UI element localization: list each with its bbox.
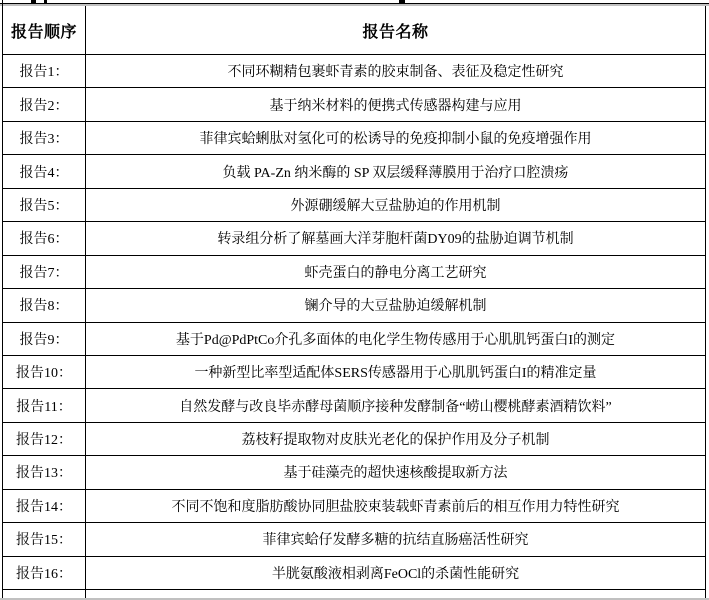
report-order-cell: 报告10： — [3, 356, 86, 388]
report-title-cell: 基于Pd@PdPtCo介孔多面体的电化学生物传感用于心肌肌钙蛋白I的测定 — [86, 323, 705, 355]
report-title-cell: 虾壳蛋白的静电分离工艺研究 — [86, 256, 705, 288]
table-row: 报告9： 基于Pd@PdPtCo介孔多面体的电化学生物传感用于心肌肌钙蛋白I的测… — [3, 323, 705, 356]
report-order-cell: 报告1： — [3, 55, 86, 87]
report-order-cell: 报告14： — [3, 490, 86, 522]
report-order-cell: 报告15： — [3, 523, 86, 555]
table-row: 报告6： 转录组分析了解墓画大洋芽胞杆菌DY09的盐胁迫调节机制 — [3, 222, 705, 255]
table-row: 报告13： 基于硅藻壳的超快速核酸提取新方法 — [3, 456, 705, 489]
report-title-cell: 基于纳米材料的便携式传感器构建与应用 — [86, 88, 705, 120]
report-title-cell: 不同环糊精包裹虾青素的胶束制备、表征及稳定性研究 — [86, 55, 705, 87]
table-row: 报告10： 一种新型比率型适配体SERS传感器用于心肌肌钙蛋白I的精准定量 — [3, 356, 705, 389]
report-title-cell: 负载 PA-Zn 纳米酶的 SP 双层缓释薄膜用于治疗口腔溃疡 — [86, 155, 705, 187]
report-title-cell: 基于硅藻壳的超快速核酸提取新方法 — [86, 456, 705, 488]
document-page: 报告顺序 报告名称 报告1： 不同环糊精包裹虾青素的胶束制备、表征及稳定性研究 … — [0, 0, 709, 600]
report-title-cell: 菲律宾蛤蜊肽对氢化可的松诱导的免疫抑制小鼠的免疫增强作用 — [86, 122, 705, 154]
table-header-row: 报告顺序 报告名称 — [3, 6, 705, 55]
table-row: 报告7： 虾壳蛋白的静电分离工艺研究 — [3, 256, 705, 289]
table-row: 报告16： 半胱氨酸液相剥离FeOCl的杀菌性能研究 — [3, 557, 705, 590]
report-table: 报告顺序 报告名称 报告1： 不同环糊精包裹虾青素的胶束制备、表征及稳定性研究 … — [3, 6, 706, 600]
column-header-order: 报告顺序 — [3, 6, 86, 54]
report-order-cell: 报告4： — [3, 155, 86, 187]
report-title-cell: 不同不饱和度脂肪酸协同胆盐胶束装载虾青素前后的相互作用力特性研究 — [86, 490, 705, 522]
report-title-cell: 镧介导的大豆盐胁迫缓解机制 — [86, 289, 705, 321]
report-order-cell: 报告3： — [3, 122, 86, 154]
table-row: 报告15： 菲律宾蛤仔发酵多糖的抗结直肠癌活性研究 — [3, 523, 705, 556]
report-order-cell: 报告12： — [3, 423, 86, 455]
table-row: 报告2： 基于纳米材料的便携式传感器构建与应用 — [3, 88, 705, 121]
report-order-cell: 报告16： — [3, 557, 86, 589]
report-order-cell: 报告8： — [3, 289, 86, 321]
report-order-cell: 报告6： — [3, 222, 86, 254]
report-order-cell: 报告13： — [3, 456, 86, 488]
report-title-cell: 菲律宾蛤仔发酵多糖的抗结直肠癌活性研究 — [86, 523, 705, 555]
report-title-cell: 外源硼缓解大豆盐胁迫的作用机制 — [86, 189, 705, 221]
report-title-cell: 自然发酵与改良毕赤酵母菌顺序接种发酵制备“崂山樱桃酵素酒精饮料” — [86, 389, 705, 421]
table-row: 报告11： 自然发酵与改良毕赤酵母菌顺序接种发酵制备“崂山樱桃酵素酒精饮料” — [3, 389, 705, 422]
rows-container: 报告1： 不同环糊精包裹虾青素的胶束制备、表征及稳定性研究 报告2： 基于纳米材… — [3, 55, 705, 590]
column-header-name: 报告名称 — [86, 6, 705, 54]
report-title-cell: 转录组分析了解墓画大洋芽胞杆菌DY09的盐胁迫调节机制 — [86, 222, 705, 254]
table-row: 报告1： 不同环糊精包裹虾青素的胶束制备、表征及稳定性研究 — [3, 55, 705, 88]
report-order-cell: 报告5： — [3, 189, 86, 221]
report-title-cell: 半胱氨酸液相剥离FeOCl的杀菌性能研究 — [86, 557, 705, 589]
table-row: 报告12： 荔枝籽提取物对皮肤光老化的保护作用及分子机制 — [3, 423, 705, 456]
table-row: 报告3： 菲律宾蛤蜊肽对氢化可的松诱导的免疫抑制小鼠的免疫增强作用 — [3, 122, 705, 155]
report-title-cell: 荔枝籽提取物对皮肤光老化的保护作用及分子机制 — [86, 423, 705, 455]
report-order-cell: 报告2： — [3, 88, 86, 120]
table-row: 报告14： 不同不饱和度脂肪酸协同胆盐胶束装载虾青素前后的相互作用力特性研究 — [3, 490, 705, 523]
table-row: 报告4： 负载 PA-Zn 纳米酶的 SP 双层缓释薄膜用于治疗口腔溃疡 — [3, 155, 705, 188]
report-order-cell: 报告11： — [3, 389, 86, 421]
report-title-cell: 一种新型比率型适配体SERS传感器用于心肌肌钙蛋白I的精准定量 — [86, 356, 705, 388]
table-row: 报告5： 外源硼缓解大豆盐胁迫的作用机制 — [3, 189, 705, 222]
report-order-cell: 报告9： — [3, 323, 86, 355]
report-order-cell: 报告7： — [3, 256, 86, 288]
table-row: 报告8： 镧介导的大豆盐胁迫缓解机制 — [3, 289, 705, 322]
